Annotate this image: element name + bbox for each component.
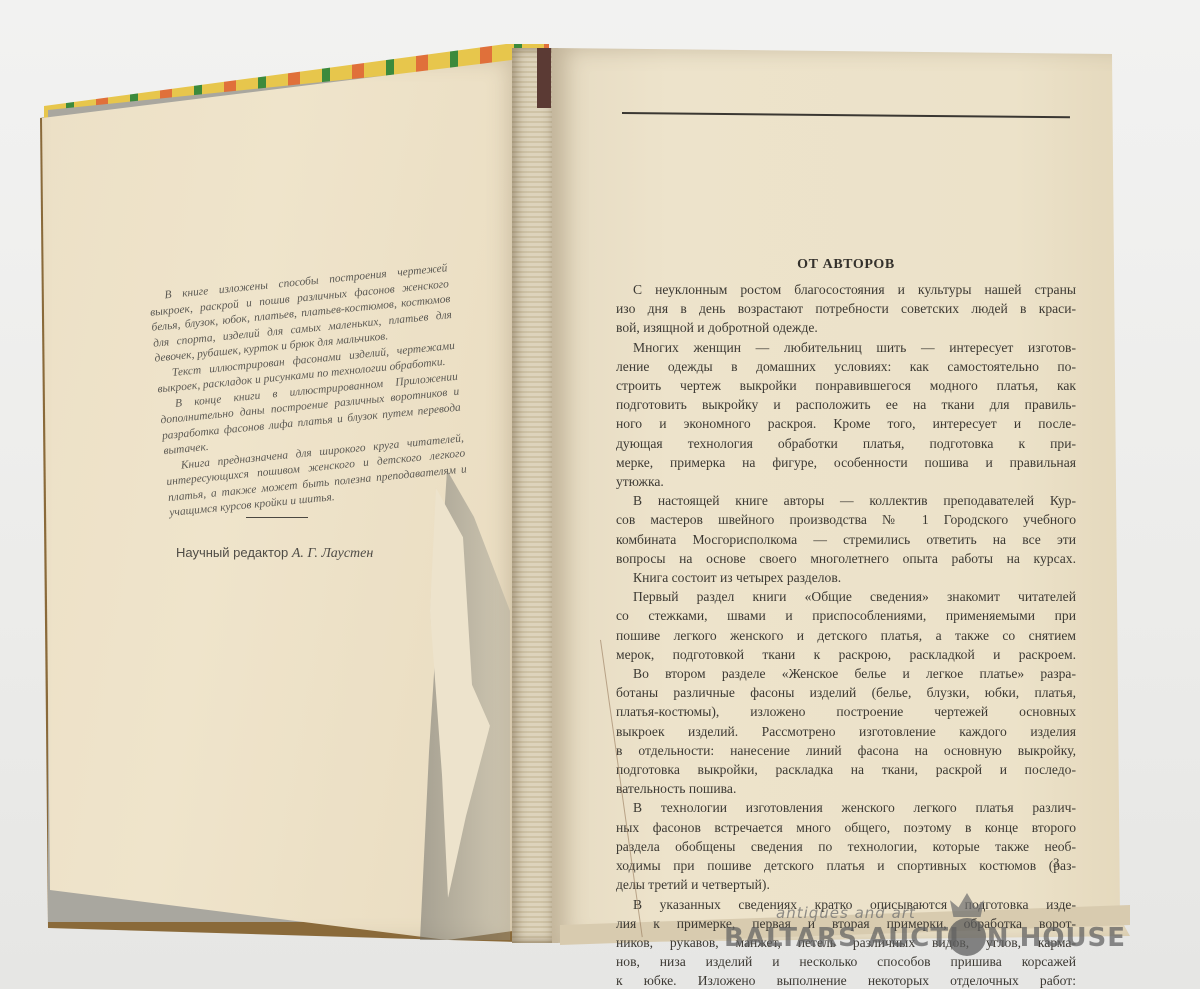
text-line: со стежками, швами и приспособлениями, п… [616,606,1076,625]
text-line: выкроек изделий. Рассмотрено изготовлени… [616,722,1076,741]
text-line: ного и экономного раскроя. Кроме того, и… [616,414,1076,433]
text-line: мерке, примерка на фигуре, особенности п… [616,453,1076,472]
text-line: ных фасонов встречается много общего, по… [616,818,1076,837]
book-spine-binding [512,48,558,943]
text-line: Первый раздел книги «Общие сведения» зна… [616,587,1076,606]
text-line: сов мастеров швейного производства № 1 Г… [616,510,1076,529]
text-line: раздела обобщены сведения по технологии,… [616,837,1076,856]
editor-label: Научный редактор [176,545,288,560]
text-line: Во втором разделе «Женское белье и легко… [616,664,1076,683]
text-line: изо дня в день возрастают потребности со… [616,299,1076,318]
text-line: в отдельности: нанесение линий фасона на… [616,741,1076,760]
text-line: к юбке. Изложено выполнение некоторых от… [616,971,1076,989]
watermark-brand: BALTARS AUCTI N HOUSE [724,923,1126,953]
text-line: пошиве легкого женского и детского плать… [616,626,1076,645]
text-line: Книга состоит из четырех разделов. [616,568,1076,587]
watermark-tagline: antiques and art [776,904,916,922]
text-line: В технологии изготовления женского легко… [616,798,1076,817]
text-line: вательность пошива. [616,779,1076,798]
text-line: вопросы на основе своего многолетнего оп… [616,549,1076,568]
text-line: С неуклонным ростом благосостояния и кул… [616,280,1076,299]
text-line: подготовка выкройки, раскладка на ткани,… [616,760,1076,779]
text-line: утюжка. [616,472,1076,491]
divider [246,517,308,518]
photo-scene: В книге изложены способы построения черт… [0,0,1200,989]
text-line: Многих женщин — любительниц шить — интер… [616,338,1076,357]
text-line: платья-костюмы), изложено построение чер… [616,702,1076,721]
text-line: мерок, подготовкой ткани к раскрою, раск… [616,645,1076,664]
text-line: комбината Мосгорисполкома — стремились о… [616,530,1076,549]
text-line: делы третий и четвертый). [616,875,1076,894]
text-line: нов, низа изделий и несколько способов п… [616,952,1076,971]
text-line: ление одежды в домашних условиях: как са… [616,357,1076,376]
book-annotation: В книге изложены способы построения черт… [148,261,469,521]
text-line: ходимы при пошиве детского платья и спор… [616,856,1076,875]
text-line: ботаны различные фасоны изделий (белье, … [616,683,1076,702]
foreword-body: С неуклонным ростом благосостояния и кул… [616,280,1076,989]
text-line: вой, изящной и добротной одежде. [616,318,1076,337]
text-line: В настоящей книге авторы — коллектив пре… [616,491,1076,510]
scientific-editor-credit: Научный редактор А. Г. Лаустен [176,545,373,562]
chapter-heading: ОТ АВТОРОВ [622,257,1070,273]
editor-name: А. Г. Лаустен [292,546,373,561]
spine-cloth [537,48,551,108]
text-line: дующая технология обработки платья, подг… [616,434,1076,453]
page-number: 3 [1053,855,1060,871]
text-line: подготовить выкройку и расположить ее на… [616,395,1076,414]
text-line: строить чертеж выкройки понравившегося м… [616,376,1076,395]
